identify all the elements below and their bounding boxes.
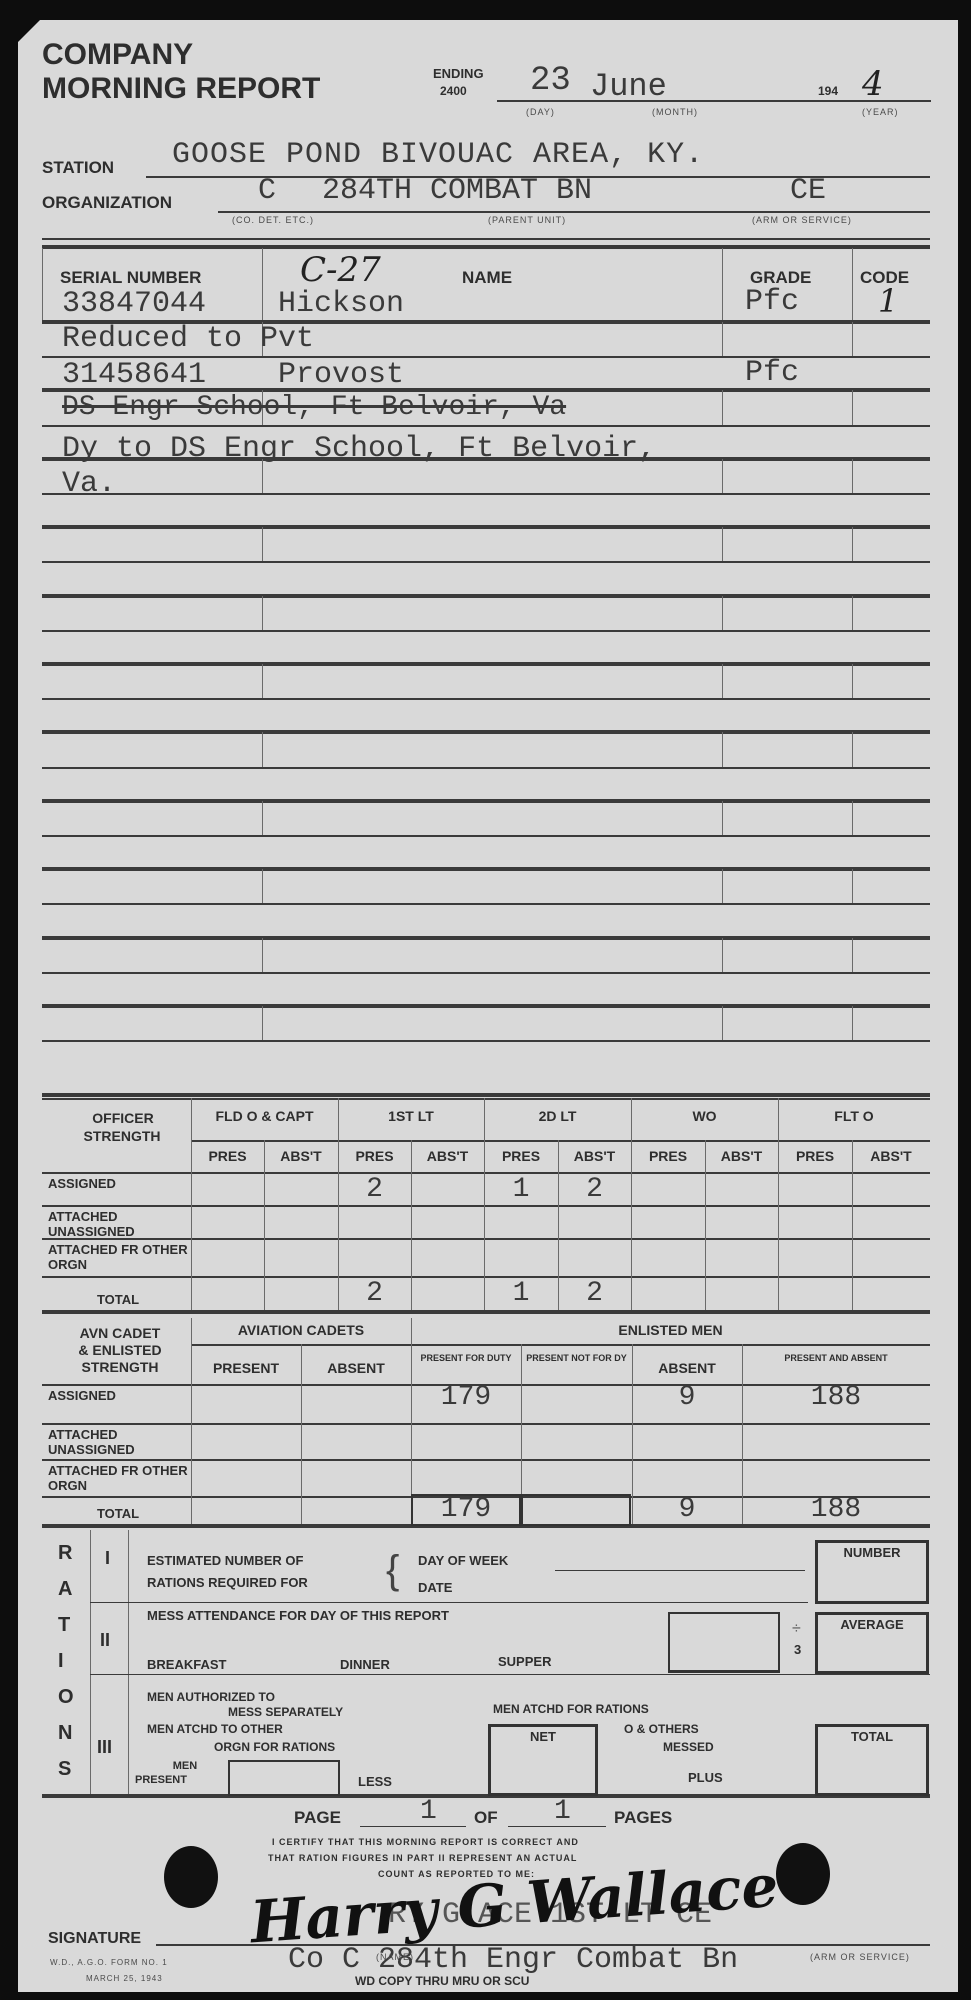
enlisted-row-label: TOTAL	[48, 1506, 188, 1521]
roster-col-divider	[722, 248, 723, 322]
dinner-label: DINNER	[340, 1657, 390, 1672]
organization-underline	[218, 211, 930, 213]
form-title-line2: MORNING REPORT	[42, 72, 320, 106]
roster-col-divider	[722, 664, 723, 698]
o-others-2: MESSED	[663, 1740, 714, 1754]
entry1-grade[interactable]: Pfc	[745, 285, 799, 319]
officer-col-divider	[191, 1098, 192, 1310]
officer-cell[interactable]: 1	[484, 1174, 558, 1205]
men-atchd-rations: MEN ATCHD FOR RATIONS	[493, 1702, 649, 1716]
roster-bottom-rule	[42, 1093, 930, 1097]
roster-col-divider	[722, 1006, 723, 1040]
enlisted-col-header: PRESENT AND ABSENT	[742, 1350, 930, 1366]
aviation-cadets-header: AVIATION CADETS	[191, 1322, 411, 1338]
number-label: NUMBER	[815, 1545, 929, 1560]
supper-label: SUPPER	[498, 1654, 551, 1669]
month-caption: (MONTH)	[652, 107, 698, 117]
men-authorized-2: MESS SEPARATELY	[228, 1705, 343, 1719]
officer-group-header: 1ST LT	[338, 1108, 484, 1124]
enlisted-col-header: ABSENT	[301, 1360, 411, 1376]
officer-cell[interactable]: 2	[558, 1174, 631, 1205]
roster-col-divider	[722, 801, 723, 835]
enlisted-col-header: PRESENT FOR DUTY	[411, 1350, 521, 1366]
rations-side-letter: A	[58, 1578, 72, 1601]
roster-col-divider	[852, 732, 853, 766]
roster-row-rule	[42, 972, 930, 974]
binder-hole-right	[776, 1843, 830, 1905]
officer-subcol-header: PRES	[631, 1148, 705, 1164]
enlisted-cell[interactable]: 188	[742, 1382, 930, 1413]
officer-subcol-header: ABS'T	[705, 1148, 778, 1164]
rations-section-II: II	[100, 1630, 110, 1651]
officer-subcol-header: ABS'T	[852, 1148, 930, 1164]
roster-col-divider	[852, 1006, 853, 1040]
enlisted-cell[interactable]: 9	[632, 1382, 742, 1413]
officer-cell[interactable]: 1	[484, 1278, 558, 1309]
roster-col-divider	[722, 869, 723, 903]
enlisted-men-header: ENLISTED MEN	[411, 1322, 930, 1338]
enlisted-col-header: PRESENT NOT FOR DY	[521, 1350, 632, 1366]
enlisted-title-3: STRENGTH	[60, 1359, 180, 1375]
roster-col-divider	[262, 248, 263, 322]
rations-section-III: III	[97, 1737, 112, 1758]
entry2-grade[interactable]: Pfc	[745, 356, 799, 390]
roster-row-rule	[42, 425, 930, 427]
rations-side-letter: I	[58, 1650, 64, 1673]
entry1-remark[interactable]: Reduced to Pvt	[62, 322, 314, 356]
officer-group-header: FLD O & CAPT	[191, 1108, 338, 1124]
roster-col-divider	[262, 732, 263, 766]
handwritten-annotation: C-27	[300, 250, 381, 290]
entry1-code[interactable]: 1	[878, 282, 898, 320]
rations-side-letter: T	[58, 1614, 70, 1637]
roster-row-rule-thick	[42, 799, 930, 803]
officer-row-rule	[42, 1205, 930, 1207]
copy-note: WD COPY THRU MRU OR SCU	[355, 1974, 529, 1988]
org-arm[interactable]: CE	[790, 174, 826, 208]
officer-col-divider	[411, 1140, 412, 1310]
officer-col-divider	[852, 1140, 853, 1310]
officer-top-rule	[42, 1098, 930, 1100]
officer-col-divider	[778, 1098, 779, 1310]
entry1-name[interactable]: Hickson	[278, 287, 404, 321]
entry2-remark-cont[interactable]: Va.	[62, 467, 116, 501]
pages-label: PAGES	[614, 1808, 672, 1828]
roster-top-rule	[42, 238, 930, 240]
roster-col-divider	[852, 869, 853, 903]
men-present-box[interactable]	[228, 1760, 340, 1796]
ending-time: 2400	[440, 84, 467, 98]
officer-subcol-header: ABS'T	[411, 1148, 484, 1164]
enlisted-cell[interactable]: 9	[632, 1494, 742, 1525]
entry1-serial[interactable]: 33847044	[62, 287, 206, 321]
enlisted-cell[interactable]: 179	[411, 1382, 521, 1413]
estimated-line2: RATIONS REQUIRED FOR	[147, 1575, 308, 1590]
roster-row-rule	[42, 630, 930, 632]
rations-side-letter: O	[58, 1686, 74, 1709]
entry2-remark[interactable]: Dy to DS Engr School, Ft Belvoir,	[62, 432, 656, 466]
roster-col-divider	[262, 801, 263, 835]
roster-top-rule-thick	[42, 245, 930, 249]
roster-col-divider	[722, 527, 723, 561]
officer-cell[interactable]: 2	[558, 1278, 631, 1309]
name-caption: (NAME)	[376, 1952, 414, 1962]
enlisted-cell[interactable]: 188	[742, 1494, 930, 1525]
unit-line: Co C 284th Engr Combat Bn	[288, 1943, 738, 1977]
certification-line2: THAT RATION FIGURES IN PART II REPRESENT…	[268, 1853, 577, 1863]
officer-subcol-header: PRES	[338, 1148, 411, 1164]
station-value[interactable]: GOOSE POND BIVOUAC AREA, KY.	[172, 138, 704, 172]
divide-icon: ÷	[792, 1620, 801, 1638]
binder-hole-left	[164, 1846, 218, 1908]
rations-section-divider	[128, 1530, 129, 1796]
enlisted-row-label: ASSIGNED	[48, 1388, 188, 1403]
organization-label: ORGANIZATION	[42, 193, 172, 213]
roster-row-rule	[42, 767, 930, 769]
day-of-week-label: DAY OF WEEK	[418, 1553, 508, 1568]
divide-by-three: 3	[794, 1642, 801, 1657]
report-month[interactable]: June	[590, 68, 667, 105]
entry2-struck-remark[interactable]: DS Engr School, Ft Belvoir, Va	[62, 392, 566, 423]
roster-row-rule-thick	[42, 662, 930, 666]
day-of-week-line	[555, 1570, 805, 1571]
signature-label: SIGNATURE	[48, 1930, 141, 1948]
officer-col-divider	[264, 1140, 265, 1310]
total-present-for-duty-box	[411, 1494, 521, 1526]
page-underline	[360, 1826, 466, 1827]
roster-col-divider	[262, 938, 263, 972]
certification-line1: I CERTIFY THAT THIS MORNING REPORT IS CO…	[272, 1837, 579, 1847]
officer-subcol-header: PRES	[484, 1148, 558, 1164]
report-day[interactable]: 23	[530, 62, 571, 100]
col-name-header: NAME	[462, 268, 512, 288]
plus-label: PLUS	[688, 1770, 723, 1785]
enlisted-title-2: & ENLISTED	[60, 1342, 180, 1358]
org-caption-arm: (ARM OR SERVICE)	[752, 215, 852, 225]
roster-col-divider	[722, 596, 723, 630]
year-caption: (YEAR)	[862, 107, 899, 117]
men-atchd-other-1: MEN ATCHD TO OTHER	[147, 1722, 283, 1736]
roster-row-rule-thick	[42, 1004, 930, 1008]
officer-cell[interactable]: 2	[338, 1278, 411, 1309]
officer-subcol-header: ABS'T	[264, 1148, 338, 1164]
roster-col-divider	[852, 664, 853, 698]
enlisted-row-rule	[42, 1423, 930, 1425]
roster-col-divider	[722, 390, 723, 424]
officer-bottom-rule	[42, 1310, 930, 1314]
enlisted-row-rule	[42, 1459, 930, 1461]
roster-col-divider	[722, 938, 723, 972]
roster-left-edge	[42, 248, 43, 322]
arm-caption: (ARM OR SERVICE)	[810, 1952, 910, 1962]
col-serial-header: SERIAL NUMBER	[60, 268, 201, 288]
enlisted-col-header: PRESENT	[191, 1360, 301, 1376]
less-label: LESS	[358, 1774, 392, 1789]
roster-row-rule	[42, 493, 930, 495]
rations-side-divider	[90, 1530, 91, 1796]
page-total[interactable]: 1	[554, 1796, 571, 1827]
officer-row-label: ASSIGNED	[48, 1176, 188, 1191]
men-atchd-other-2: ORGN FOR RATIONS	[214, 1740, 335, 1754]
officer-subcol-header: ABS'T	[558, 1148, 631, 1164]
roster-col-divider	[852, 248, 853, 322]
enlisted-row-label: ATTACHED FR OTHER ORGN	[48, 1463, 188, 1493]
roster-row-rule	[42, 698, 930, 700]
roster-row-rule	[42, 1040, 930, 1042]
org-parent-unit[interactable]: 284TH COMBAT BN	[322, 174, 592, 208]
form-title-line1: COMPANY	[42, 38, 193, 72]
enlisted-col-header: ABSENT	[632, 1360, 742, 1376]
roster-row-rule-thick	[42, 594, 930, 598]
org-caption-company: (CO. DET. ETC.)	[232, 215, 314, 225]
roster-col-divider	[852, 596, 853, 630]
officer-strength-title-2: STRENGTH	[72, 1128, 172, 1144]
roster-col-divider	[852, 459, 853, 493]
roster-col-divider	[852, 322, 853, 356]
total-present-not-for-duty-box	[521, 1494, 631, 1526]
enlisted-title-1: AVN CADET	[60, 1325, 180, 1341]
brace-icon: {	[386, 1548, 399, 1593]
officer-strength-title-1: OFFICER	[78, 1110, 168, 1126]
men-present-1: MEN	[145, 1760, 225, 1772]
roster-col-divider	[722, 732, 723, 766]
roster-row-rule	[42, 903, 930, 905]
roster-col-divider	[852, 938, 853, 972]
officer-subcol-header: PRES	[191, 1148, 264, 1164]
roster-col-divider	[262, 1006, 263, 1040]
breakfast-label: BREAKFAST	[147, 1657, 226, 1672]
officer-row-label: ATTACHED UNASSIGNED	[48, 1209, 188, 1239]
roster-col-divider	[262, 869, 263, 903]
roster-col-divider	[852, 390, 853, 424]
date-label: DATE	[418, 1580, 452, 1595]
rations-side-letter: N	[58, 1722, 72, 1745]
net-label: NET	[488, 1729, 598, 1744]
men-authorized-1: MEN AUTHORIZED TO	[147, 1690, 275, 1704]
of-label: OF	[474, 1808, 498, 1828]
roster-col-divider	[852, 801, 853, 835]
corner-notch	[18, 20, 40, 42]
roster-row-rule	[42, 561, 930, 563]
rations-rule-1	[90, 1602, 808, 1603]
form-date: MARCH 25, 1943	[86, 1974, 163, 1983]
officer-row-label: TOTAL	[48, 1292, 188, 1307]
report-year-suffix[interactable]: 4	[862, 64, 884, 104]
total-label: TOTAL	[815, 1729, 929, 1744]
roster-col-divider	[722, 322, 723, 356]
roster-col-divider	[852, 527, 853, 561]
officer-group-header: WO	[631, 1108, 778, 1124]
roster-row-rule-thick	[42, 525, 930, 529]
roster-row-rule-thick	[42, 867, 930, 871]
rations-section-I: I	[105, 1548, 110, 1569]
officer-group-header: 2D LT	[484, 1108, 631, 1124]
officer-col-divider	[705, 1140, 706, 1310]
roster-col-divider	[262, 664, 263, 698]
roster-row-rule	[42, 835, 930, 837]
mess-attendance-sum-box[interactable]	[668, 1612, 780, 1673]
officer-group-header: FLT O	[778, 1108, 930, 1124]
rations-side-letter: S	[58, 1758, 71, 1781]
rations-side-letter: R	[58, 1542, 72, 1565]
men-present-2: PRESENT	[135, 1774, 187, 1786]
roster-col-divider	[262, 596, 263, 630]
form-id: W.D., A.G.O. FORM NO. 1	[50, 1958, 168, 1967]
year-prefix: 194	[818, 84, 838, 98]
page-number[interactable]: 1	[420, 1796, 437, 1827]
officer-cell[interactable]: 2	[338, 1174, 411, 1205]
org-caption-parent: (PARENT UNIT)	[488, 215, 566, 225]
mess-attendance-label: MESS ATTENDANCE FOR DAY OF THIS REPORT	[147, 1608, 449, 1623]
ending-label: ENDING	[433, 66, 484, 81]
officer-group-rule	[191, 1140, 930, 1142]
page-label: PAGE	[294, 1808, 341, 1828]
roster-row-rule-thick	[42, 936, 930, 940]
roster-col-divider	[262, 527, 263, 561]
entry2-name[interactable]: Provost	[278, 358, 404, 392]
officer-subcol-header: PRES	[778, 1148, 852, 1164]
o-others-1: O & OTHERS	[624, 1722, 699, 1736]
rations-rule-2	[90, 1674, 930, 1675]
enlisted-row-label: ATTACHED UNASSIGNED	[48, 1427, 188, 1457]
roster-col-divider	[722, 459, 723, 493]
org-company[interactable]: C	[258, 174, 276, 208]
rations-bottom-rule	[42, 1794, 930, 1798]
station-label: STATION	[42, 158, 114, 178]
estimated-line1: ESTIMATED NUMBER OF	[147, 1553, 303, 1568]
roster-row-rule-thick	[42, 730, 930, 734]
enlisted-col-divider	[191, 1318, 192, 1524]
day-caption: (DAY)	[526, 107, 555, 117]
entry2-serial[interactable]: 31458641	[62, 358, 206, 392]
officer-col-divider	[631, 1098, 632, 1310]
officer-row-label: ATTACHED FR OTHER ORGN	[48, 1242, 188, 1272]
average-label: AVERAGE	[815, 1617, 929, 1632]
